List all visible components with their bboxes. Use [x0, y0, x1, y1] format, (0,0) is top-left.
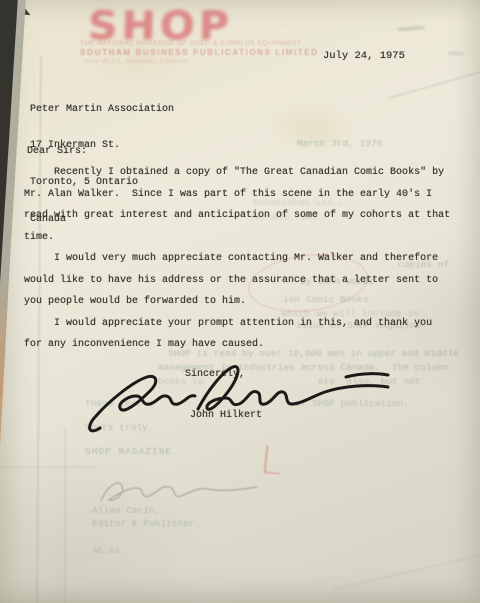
recipient-address-block: Peter Martin Association 17 Inkerman St.…	[30, 79, 174, 251]
letter-date: July 24, 1975	[323, 50, 405, 62]
bleedthrough-text: SHOP MAGAZINE	[85, 446, 172, 457]
paper-crease	[0, 466, 95, 468]
handwritten-signature	[80, 356, 400, 441]
pencil-smudge	[448, 52, 464, 56]
bleedthrough-signature	[95, 466, 270, 514]
body-line: Mr. Alan Walker. Since I was part of thi…	[24, 189, 432, 200]
pencil-smudge	[398, 26, 424, 31]
bleedthrough-typist-initials: AC:ss	[92, 545, 121, 556]
body-line: would like to have his address or the as…	[24, 275, 438, 286]
letter-paper: SHOP THE NATIONAL MAGAZINE OF USED & SUR…	[0, 0, 480, 603]
recipient-line: Toronto, 5 Ontario	[30, 177, 174, 189]
body-line: I would appreciate your prompt attention…	[24, 318, 432, 329]
bleedthrough-signer-title: Editor & Publisher.	[92, 518, 200, 529]
letterhead-tagline: THE NATIONAL MAGAZINE OF USED & SURPLUS …	[80, 40, 302, 47]
paper-crease	[64, 428, 66, 603]
bleedthrough-reply-date: March 3rd, 1976	[297, 138, 383, 149]
body-line: time.	[24, 232, 54, 243]
body-line: for any inconvenience I may have caused.	[24, 339, 264, 350]
body-line: you people would be forwarded to him.	[24, 296, 246, 307]
salutation: Dear Sirs:	[27, 146, 87, 157]
typed-signature-name: John Hilkert	[190, 410, 262, 421]
photographed-letter: SHOP THE NATIONAL MAGAZINE OF USED & SUR…	[0, 0, 480, 603]
body-line: Recently I obtained a copy of "The Great…	[24, 167, 444, 178]
letterhead-address: DON MILLS, ONTARIO, CANADA	[84, 59, 188, 65]
paper-crease	[388, 67, 480, 99]
paper-crease	[332, 544, 480, 590]
body-line: read with great interest and anticipatio…	[24, 210, 450, 221]
recipient-line: Peter Martin Association	[30, 104, 174, 116]
body-line: I would very much appreciate contacting …	[24, 253, 438, 264]
letterhead-publisher: SOUTHAM BUSINESS PUBLICATIONS LIMITED	[80, 48, 319, 57]
